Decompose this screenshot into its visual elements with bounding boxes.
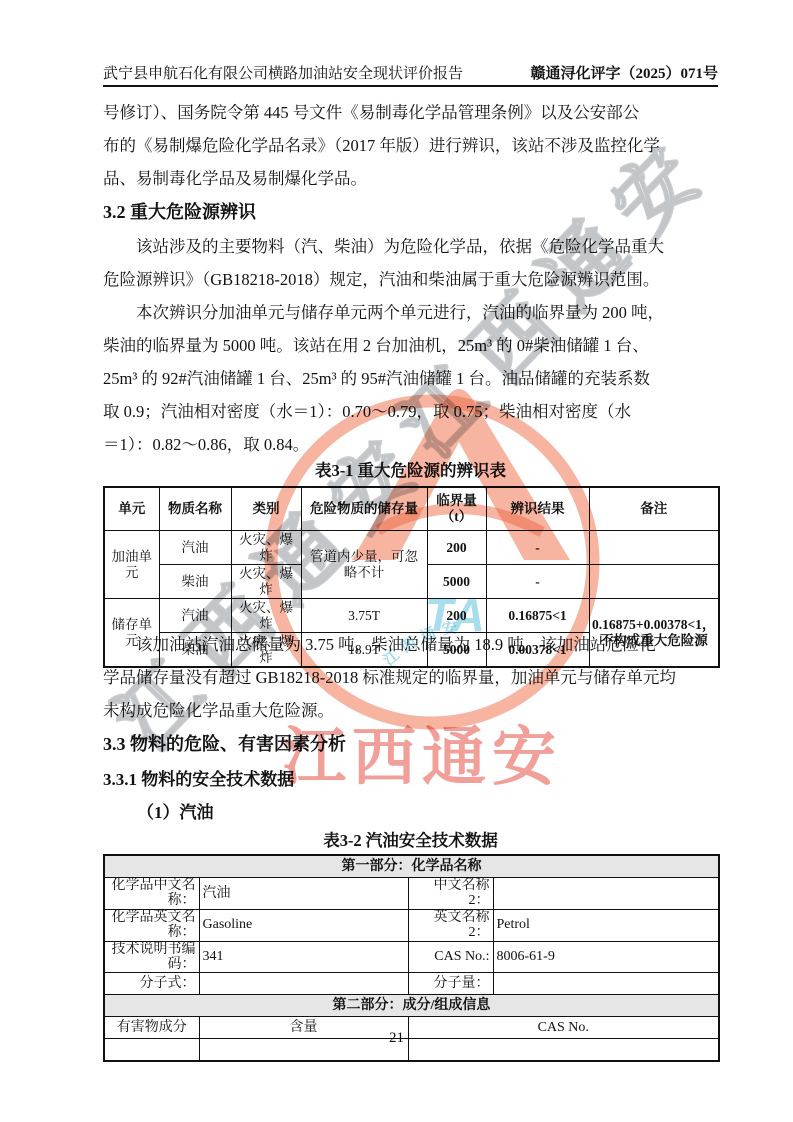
header-doc-number: 赣通浔化评字（2025）071号 — [103, 62, 718, 83]
cell-result: - — [486, 531, 589, 565]
cell-value — [493, 878, 719, 910]
body-line: 号修订）、国务院令第 445 号文件《易制毒化学品管理条例》以及公安部公 — [103, 96, 723, 129]
paragraph-identification: 号修订）、国务院令第 445 号文件《易制毒化学品管理条例》以及公安部公 布的《… — [103, 96, 723, 195]
page-number: 21 — [0, 1030, 793, 1047]
cell-value: Gasoline — [199, 909, 408, 941]
table-row: 第二部分：成分/组成信息 — [104, 995, 719, 1017]
body-line: 品、易制毒化学品及易制爆化学品。 — [103, 162, 723, 195]
list-item-gasoline: （1）汽油 — [137, 798, 214, 823]
cell-value: Petrol — [493, 909, 719, 941]
cell-unit-group: 加油单元 — [104, 531, 159, 599]
table1-header-row: 单元 物质名称 类别 危险物质的储存量 临界量（t） 辨识结果 备注 — [104, 487, 719, 531]
header-rule — [103, 85, 718, 87]
table2-caption: 表3-2 汽油安全技术数据 — [103, 827, 718, 851]
body-line: 危险源辨识》（GB18218-2018）规定，汽油和柴油属于重大危险源辨识范围。 — [103, 263, 723, 296]
col-header-category: 类别 — [231, 487, 301, 531]
heading-3-3: 3.3 物料的危险、有害因素分析 — [103, 730, 346, 756]
table-row: 加油单元 汽油 火灾、爆炸 管道内少量，可忽略不计 200 - — [104, 531, 719, 565]
cell-label: 中文名称 2： — [408, 878, 493, 910]
body-line: 本次辨识分加油单元与储存单元两个单元进行，汽油的临界量为 200 吨， — [103, 296, 723, 329]
body-line: 未构成危险化学品重大危险源。 — [103, 694, 723, 727]
cell-value: 8006-61-9 — [493, 941, 719, 973]
body-line: 25m³ 的 92#汽油储罐 1 台、25m³ 的 95#汽油储罐 1 台。油品… — [103, 362, 723, 395]
heading-3-3-1: 3.3.1 物料的安全技术数据 — [103, 765, 294, 790]
col-header-substance: 物质名称 — [159, 487, 231, 531]
col-header-unit: 单元 — [104, 487, 159, 531]
paragraph-units: 本次辨识分加油单元与储存单元两个单元进行，汽油的临界量为 200 吨， 柴油的临… — [103, 296, 723, 461]
cell-value — [493, 973, 719, 995]
body-line: 该加油站汽油总储量为 3.75 吨，柴油总储量为 18.9 吨，该加油站危险化 — [103, 628, 723, 661]
table-row: 分子式： 分子量： — [104, 973, 719, 995]
table-row: 第一部分：化学品名称 — [104, 855, 719, 878]
cell-label: 分子量： — [408, 973, 493, 995]
cell-value — [199, 973, 408, 995]
cell-storage: 管道内少量，可忽略不计 — [301, 531, 427, 599]
cell-label: 英文名称 2： — [408, 909, 493, 941]
cell-value: 汽油 — [199, 878, 408, 910]
body-line: 柴油的临界量为 5000 吨。该站在用 2 台加油机，25m³ 的 0#柴油储罐… — [103, 329, 723, 362]
section-header-part1: 第一部分：化学品名称 — [104, 855, 719, 878]
cell-label: CAS No.: — [408, 941, 493, 973]
section-header-part2: 第二部分：成分/组成信息 — [104, 995, 719, 1017]
table-row: 技术说明书编码： 341 CAS No.: 8006-61-9 — [104, 941, 719, 973]
paragraph-materials: 该站涉及的主要物料（汽、柴油）为危险化学品，依据《危险化学品重大 危险源辨识》（… — [103, 230, 723, 296]
cell-label: 分子式： — [104, 973, 199, 995]
cell-substance: 柴油 — [159, 565, 231, 599]
col-header-note: 备注 — [589, 487, 719, 531]
cell-note — [589, 531, 719, 565]
table-row: 化学品中文名称： 汽油 中文名称 2： — [104, 878, 719, 910]
body-line: 该站涉及的主要物料（汽、柴油）为危险化学品，依据《危险化学品重大 — [103, 230, 723, 263]
cell-category: 火灾、爆炸 — [231, 531, 301, 565]
col-header-result: 辨识结果 — [486, 487, 589, 531]
cell-label: 技术说明书编码： — [104, 941, 199, 973]
cell-category: 火灾、爆炸 — [231, 565, 301, 599]
cell-substance: 汽油 — [159, 531, 231, 565]
table-row: 化学品英文名称： Gasoline 英文名称 2： Petrol — [104, 909, 719, 941]
cell-critical: 5000 — [427, 565, 486, 599]
heading-3-2: 3.2 重大危险源辨识 — [103, 198, 256, 224]
document-page: 武宁县申航石化有限公司横路加油站安全现状评价报告 赣通浔化评字（2025）071… — [0, 0, 793, 1122]
cell-value: 341 — [199, 941, 408, 973]
table1-caption: 表3-1 重大危险源的辨识表 — [103, 457, 718, 481]
cell-critical: 200 — [427, 531, 486, 565]
body-line: 布的《易制爆危险化学品名录》（2017 年版）进行辨识，该站不涉及监控化学 — [103, 129, 723, 162]
cell-label: 化学品英文名称： — [104, 909, 199, 941]
body-line: 学品储存量没有超过 GB18218-2018 标准规定的临界量，加油单元与储存单… — [103, 661, 723, 694]
col-header-storage: 危险物质的储存量 — [301, 487, 427, 531]
cell-note — [589, 565, 719, 599]
paragraph-conclusion: 该加油站汽油总储量为 3.75 吨，柴油总储量为 18.9 吨，该加油站危险化 … — [103, 628, 723, 727]
body-line: 取 0.9；汽油相对密度（水＝1）：0.70～0.79，取 0.75；柴油相对密… — [103, 395, 723, 428]
cell-label: 化学品中文名称： — [104, 878, 199, 910]
cell-result: - — [486, 565, 589, 599]
col-header-critical: 临界量（t） — [427, 487, 486, 531]
